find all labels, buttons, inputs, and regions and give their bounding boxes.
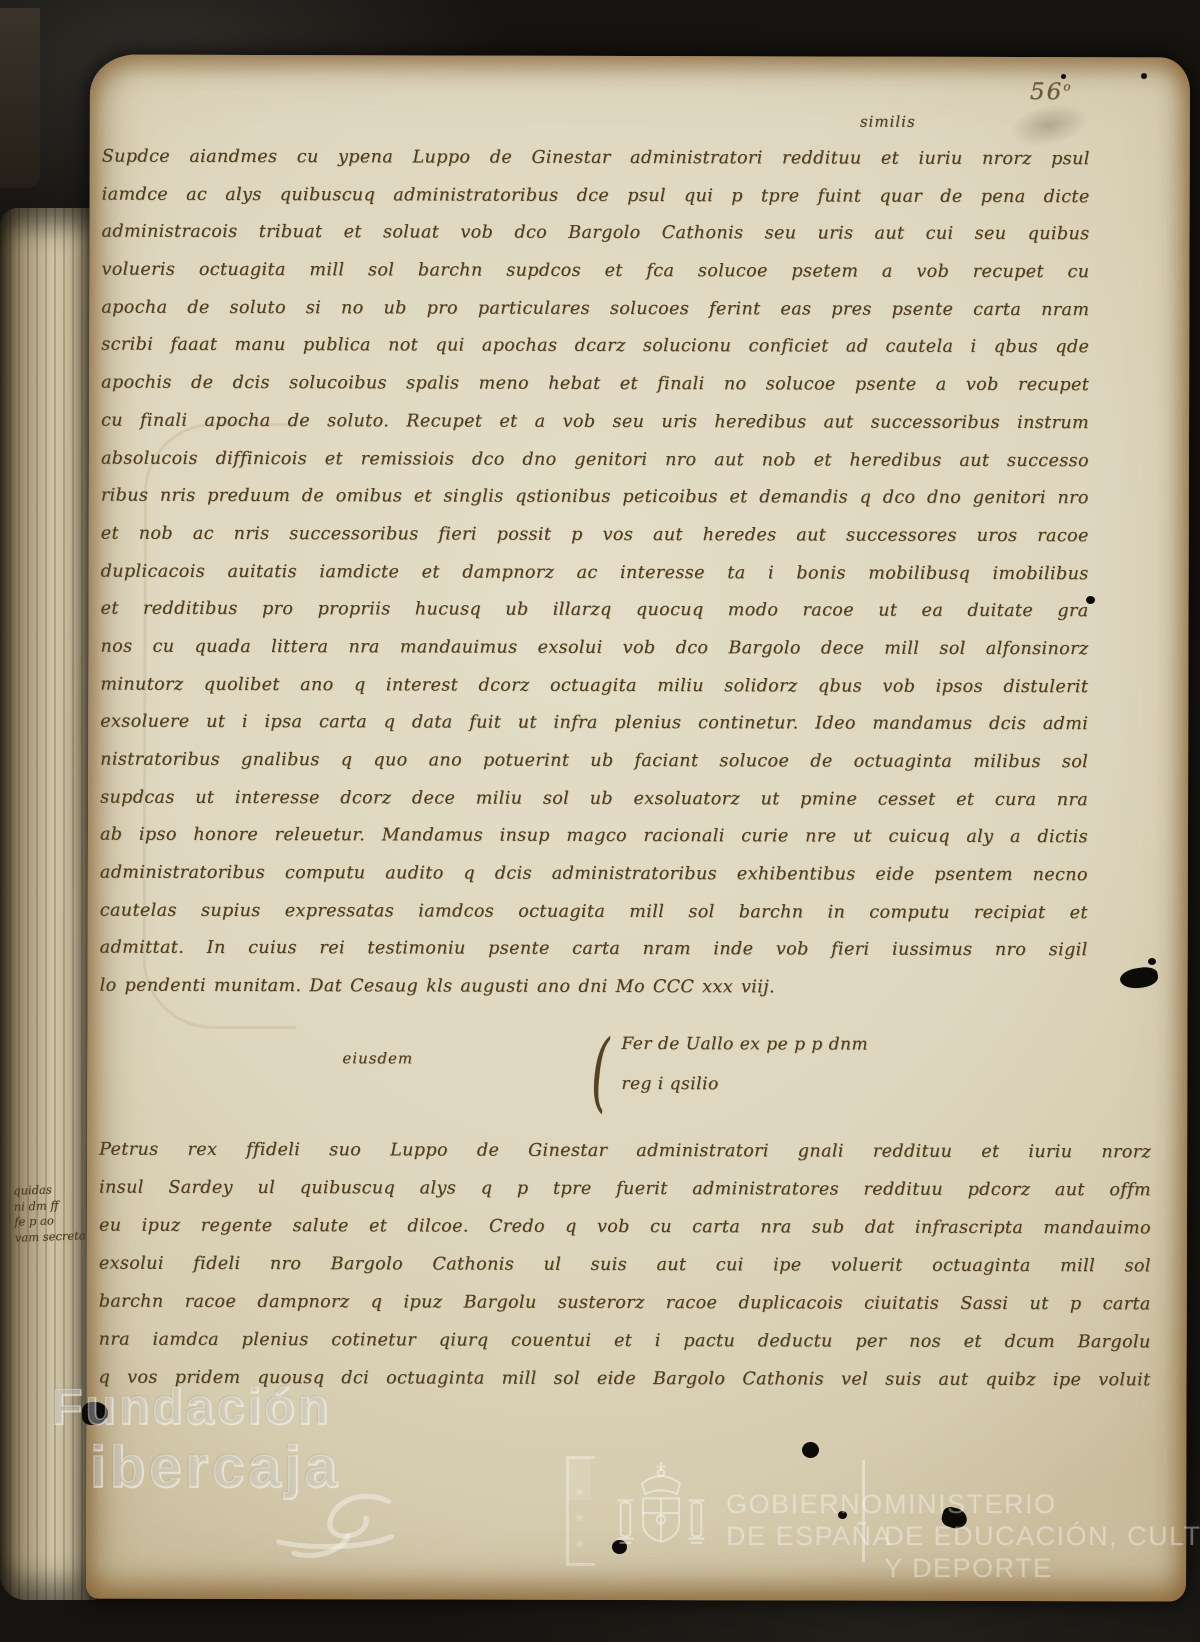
text-line: minutorz quolibet ano q interest dcorz o… [100,666,1088,706]
text-line: et redditibus pro propriis hucusq ub ill… [101,591,1089,631]
text-line: cautelas supius expressatas iamdcos octu… [100,892,1088,932]
fundacion-watermark: Fundación [52,1378,332,1436]
ink-dot [1086,596,1095,604]
gobierno-line: DE ESPAÑA [726,1520,892,1552]
text-line: Supdce aiandmes cu ypena Luppo de Ginest… [102,139,1090,179]
ibercaja-logo-icon [276,1486,396,1568]
text-line: volueris octuagita mill sol barchn supdc… [101,252,1089,292]
ministerio-line: DE EDUCACIÓN, CULTURA [884,1520,1200,1552]
text-line: apochis de dcis solucoibus spalis meno h… [101,365,1089,405]
text-line: ab ipso honore releuetur. Mandamus insup… [100,817,1088,857]
text-line: iamdce ac alys quibuscuq administratorib… [102,176,1090,216]
star-mark: ✳ [575,1486,584,1499]
ministerio-watermark: MINISTERIO DE EDUCACIÓN, CULTURA Y DEPOR… [884,1488,1200,1584]
text-line: exsolui fideli nro Bargolo Cathonis ul s… [99,1245,1151,1286]
star-mark: ✳ [575,1512,584,1525]
text-line: administratoribus computu audito q dcis … [100,855,1088,895]
paren-mark: ( [591,1022,610,1122]
watermark-divider [862,1460,865,1562]
text-line: barchn racoe dampnorz q ipuz Bargolu sus… [99,1283,1151,1324]
interlinear-note: similis [860,113,916,131]
text-line: Petrus rex ffideli suo Luppo de Ginestar… [99,1131,1151,1172]
text-line: apocha de soluto si no ub pro particular… [101,289,1089,329]
manuscript-page: 56o similis Supdce aiandmes cu ypena Lup… [86,55,1190,1602]
text-line: eu ipuz regente salute et dilcoe. Credo … [99,1207,1151,1248]
text-line: cu finali apocha de soluto. Recupet et a… [101,402,1089,442]
text-line: insul Sardey ul quibuscuq alys q p tpre … [99,1169,1151,1210]
gobierno-line: GOBIERNO [726,1488,892,1520]
spain-coat-of-arms-icon [608,1458,714,1564]
ink-dot [1141,73,1147,79]
text-line: ribus nris preduum de omibus et singlis … [101,478,1089,518]
text-line: duplicacois auitatis iamdicte et dampnor… [101,553,1089,593]
text-line: admittat. In cuius rei testimoniu psente… [100,930,1088,970]
text-line: supdcas ut interesse dcorz dece miliu so… [100,779,1088,819]
chancery-subscription: ( Fer de Uallo ex pe p p dnm reg i qsili… [587,1024,1017,1105]
text-line-dateline: lo pendenti munitam. Dat Cesaug kls augu… [100,968,1088,1008]
text-line: et nob ac nris successoribus fieri possi… [101,515,1089,555]
ink-dot [1148,958,1156,965]
archive-photo: { "folio": { "mark": "56", "sup": "o" },… [0,0,1200,1642]
subscription-line: reg i qsilio [621,1064,1017,1105]
text-line: nistratoribus gnalibus q quo ano potueri… [100,742,1088,782]
second-text-block: Petrus rex ffideli suo Luppo de Ginestar… [99,1131,1152,1400]
ink-dot [802,1442,819,1458]
text-line: nos cu quada littera nra mandauimus exso… [100,629,1088,669]
subscription-line: Fer de Uallo ex pe p p dnm [621,1024,1017,1065]
margin-annotation: quidas ni dm ff fe p ao vam secreta [13,1180,115,1245]
folio-number: 56o [1030,79,1120,105]
text-line: nra iamdca plenius cotinetur qiurq couen… [99,1321,1151,1362]
binding-corner [0,8,40,188]
star-mark: ✳ [575,1538,584,1551]
text-line: scribi faaat manu publica not qui apocha… [101,327,1089,367]
text-line: administracois tribuat et soluat vob dco… [102,214,1090,254]
gobierno-watermark: GOBIERNO DE ESPAÑA [726,1488,892,1552]
text-line: absolucois diffinicois et remissiois dco… [101,440,1089,480]
registry-note: eiusdem [342,1049,413,1067]
ink-dot [1061,74,1066,79]
text-line: exsoluere ut i ipsa carta q data fuit ut… [100,704,1088,744]
main-text-block: Supdce aiandmes cu ypena Luppo de Ginest… [100,139,1090,1008]
ministerio-line: Y DEPORTE [884,1552,1200,1584]
ministerio-line: MINISTERIO [884,1488,1200,1520]
